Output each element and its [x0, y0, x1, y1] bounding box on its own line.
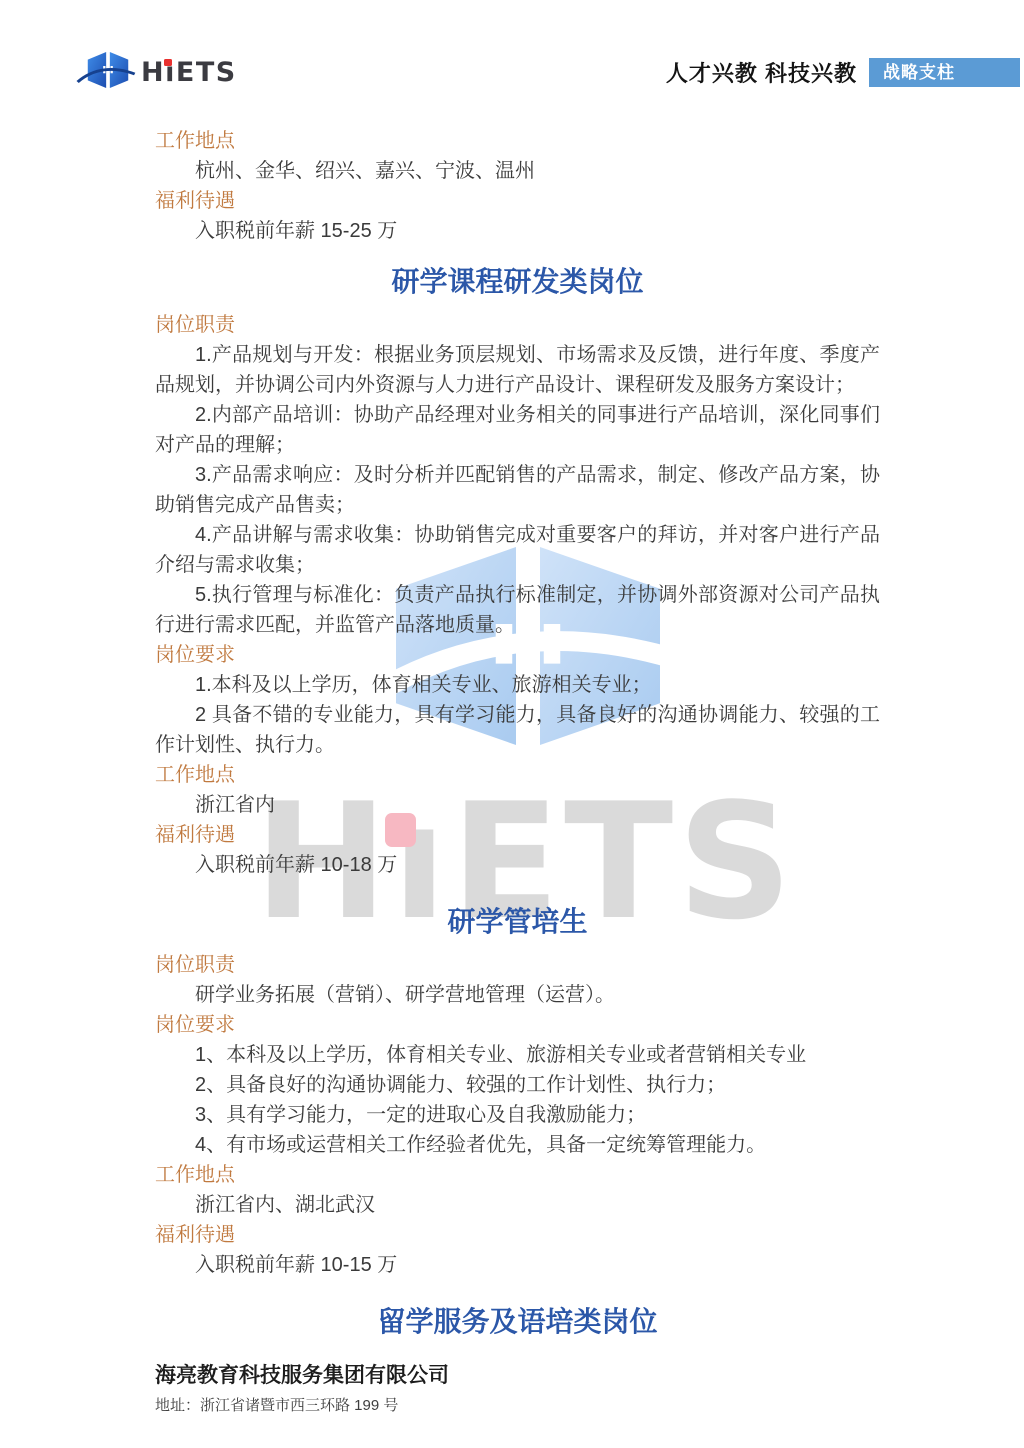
- duty-item-5: 5.执行管理与标准化：负责产品执行标准制定，并协调外部资源对公司产品执行进行需求…: [155, 580, 880, 640]
- strategy-pillar-badge: 战略支柱: [869, 58, 1020, 87]
- duty-item-2: 2.内部产品培训：协助产品经理对业务相关的同事进行产品培训，深化同事们对产品的理…: [155, 400, 880, 460]
- requirement-item-1: 1.本科及以上学历，体育相关专业、旅游相关专业；: [155, 670, 880, 700]
- requirement-item-4: 4、有市场或运营相关工作经验者优先，具备一定统筹管理能力。: [155, 1130, 880, 1160]
- section-label-work-location: 工作地点: [155, 760, 880, 790]
- company-name: 海亮教育科技服务集团有限公司: [155, 1362, 880, 1390]
- benefits-value: 入职税前年薪 10-18 万: [155, 850, 880, 880]
- duty-item-4: 4.产品讲解与需求收集：协助销售完成对重要客户的拜访，并对客户进行产品介绍与需求…: [155, 520, 880, 580]
- section-label-requirements: 岗位要求: [155, 1010, 880, 1040]
- section-label-benefits: 福利待遇: [155, 820, 880, 850]
- duty-item-1: 1.产品规划与开发：根据业务顶层规划、市场需求及反馈，进行年度、季度产品规划，并…: [155, 340, 880, 400]
- brand-wordmark: HıETS: [141, 57, 237, 88]
- requirement-item-3: 3、具有学习能力，一定的进取心及自我激励能力；: [155, 1100, 880, 1130]
- requirement-item-1: 1、本科及以上学历，体育相关专业、旅游相关专业或者营销相关专业: [155, 1040, 880, 1070]
- section-label-work-location: 工作地点: [155, 126, 880, 156]
- duty-line: 研学业务拓展（营销）、研学营地管理（运营）。: [155, 980, 880, 1010]
- page-header: HıETS 人才兴教 科技兴教 战略支柱: [85, 50, 1020, 95]
- header-right: 人才兴教 科技兴教 战略支柱: [666, 57, 1020, 88]
- benefits-value: 入职税前年薪 15-25 万: [155, 216, 880, 246]
- section-label-benefits: 福利待遇: [155, 186, 880, 216]
- document-body: 工作地点 杭州、金华、绍兴、嘉兴、宁波、温州 福利待遇 入职税前年薪 15-25…: [0, 0, 1024, 1342]
- company-address: 地址：浙江省诸暨市西三环路 199 号: [155, 1396, 880, 1416]
- title-research-trainee: 研学管培生: [155, 902, 880, 942]
- title-research-course-dev-jobs: 研学课程研发类岗位: [155, 262, 880, 302]
- section-label-duties: 岗位职责: [155, 310, 880, 340]
- page-footer: 海亮教育科技服务集团有限公司 地址：浙江省诸暨市西三环路 199 号: [0, 1362, 1024, 1416]
- requirement-item-2: 2、具备良好的沟通协调能力、较强的工作计划性、执行力；: [155, 1070, 880, 1100]
- duty-item-3: 3.产品需求响应：及时分析并匹配销售的产品需求，制定、修改产品方案，协助销售完成…: [155, 460, 880, 520]
- title-study-abroad-jobs: 留学服务及语培类岗位: [155, 1302, 880, 1342]
- brand-i-dot: [164, 59, 172, 66]
- work-location-value: 杭州、金华、绍兴、嘉兴、宁波、温州: [155, 156, 880, 186]
- section-label-duties: 岗位职责: [155, 950, 880, 980]
- brand-letters: ETS: [176, 57, 237, 88]
- work-location-value: 浙江省内、湖北武汉: [155, 1190, 880, 1220]
- brand-logo-icon: [85, 50, 131, 95]
- section-label-requirements: 岗位要求: [155, 640, 880, 670]
- benefits-value: 入职税前年薪 10-15 万: [155, 1250, 880, 1280]
- header-slogan: 人才兴教 科技兴教: [666, 57, 857, 88]
- brand-logo: HıETS: [85, 50, 237, 95]
- work-location-value: 浙江省内: [155, 790, 880, 820]
- brand-letter: H: [141, 57, 165, 88]
- section-label-benefits: 福利待遇: [155, 1220, 880, 1250]
- section-label-work-location: 工作地点: [155, 1160, 880, 1190]
- requirement-item-2: 2 具备不错的专业能力，具有学习能力，具备良好的沟通协调能力、较强的工作计划性、…: [155, 700, 880, 760]
